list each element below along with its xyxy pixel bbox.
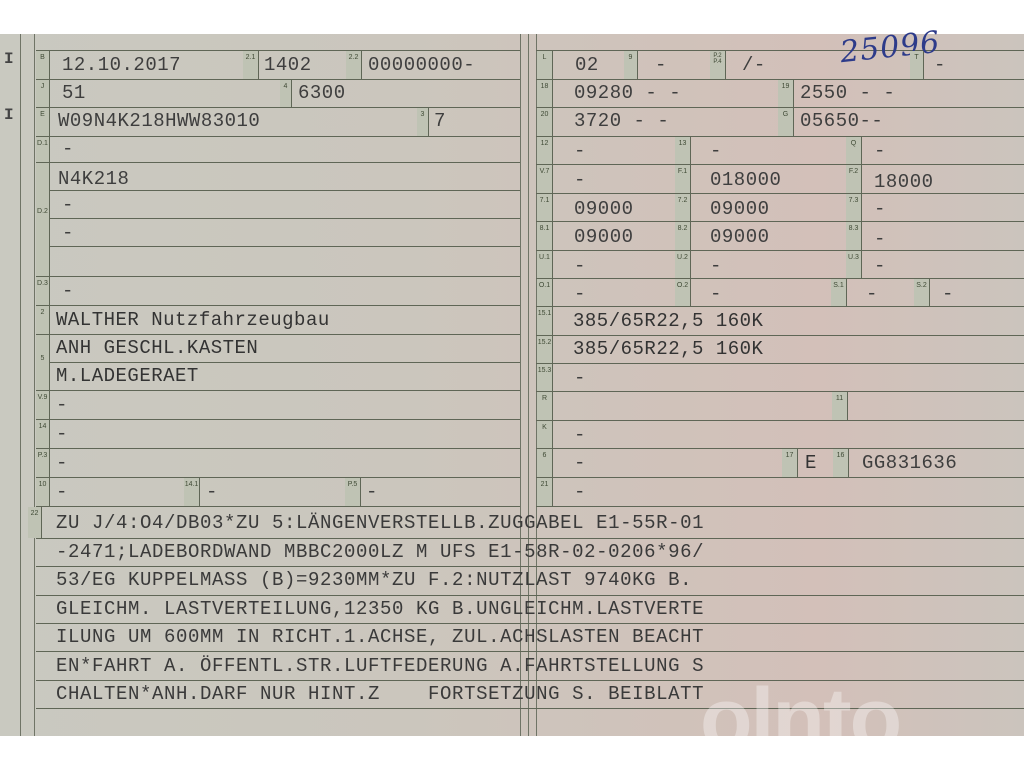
standing-places: - <box>942 283 954 305</box>
field-label-P2-P4: P.2 P.4 <box>710 51 726 79</box>
type-variant-line: - <box>62 194 74 216</box>
powered-axles: - <box>655 54 667 76</box>
empty-mass: 05650-- <box>800 110 883 132</box>
field-label-9: 9 <box>624 51 638 79</box>
vehicle-class: 51 <box>62 82 86 104</box>
field-label-12: 12 <box>537 137 553 164</box>
field-21-value: - <box>574 481 586 503</box>
remark-line: EN*FAHRT A. ÖFFENTL.STR.LUFTFEDERUNG A.F… <box>56 655 704 677</box>
axle-load-de-2: 09000 <box>710 226 770 248</box>
field-label-P5: P.5 <box>345 478 361 506</box>
field-label-V9: V.9 <box>36 391 50 419</box>
field-label-7-2: 7.2 <box>675 194 691 221</box>
field-label-15-3: 15.3 <box>537 364 553 391</box>
date-field-6: - <box>574 452 586 474</box>
remark-line: ILUNG UM 600MM IN RICHT.1.ACHSE, ZUL.ACH… <box>56 626 704 648</box>
field-label-2-2: 2.2 <box>346 51 362 79</box>
fuel-type: - <box>56 452 68 474</box>
remark-line: -2471;LADEBORDWAND MBBC2000LZ M UFS E1-5… <box>56 541 704 563</box>
axle-load-2: 09000 <box>710 198 770 220</box>
field-label-O2: O.2 <box>675 279 691 306</box>
field-label-20: 20 <box>537 108 553 136</box>
type-variant-line: - <box>62 222 74 244</box>
field-label-O1: O.1 <box>537 279 553 306</box>
body-type: 6300 <box>298 82 346 104</box>
axle-load-de-1: 09000 <box>574 226 634 248</box>
field-label-7-3: 7.3 <box>846 194 862 221</box>
field-13-value: - <box>710 140 722 162</box>
field-label-R: R <box>537 392 553 420</box>
field-label-D2: D.2 <box>36 163 50 276</box>
field-label-U2: U.2 <box>675 251 691 278</box>
tyre-axle-3: - <box>574 367 586 389</box>
field-label-4: 4 <box>280 80 292 107</box>
field-P5-value: - <box>366 481 378 503</box>
field-label-14: 14 <box>36 420 50 448</box>
margin-line <box>34 34 35 736</box>
field-label-V7: V.7 <box>537 165 553 193</box>
axle-load-1: 09000 <box>574 198 634 220</box>
field-label-13: 13 <box>675 137 691 164</box>
field-label-K: K <box>537 421 553 448</box>
field-17-value: E <box>805 452 817 474</box>
braked-trailer-load: - <box>574 283 586 305</box>
length: 09280 - - <box>574 82 681 104</box>
type-code: 00000000- <box>368 54 475 76</box>
axle-load-de-3: - <box>874 228 886 250</box>
permissible-mass-de: 18000 <box>874 171 934 193</box>
field-U1-value: - <box>574 255 586 277</box>
field-12-value: - <box>574 140 586 162</box>
max-speed: - <box>934 54 946 76</box>
field-label-2: 2 <box>36 306 50 334</box>
field-14-1-value: - <box>206 481 218 503</box>
field-V7-value: - <box>574 169 586 191</box>
type-approval-number: - <box>574 424 586 446</box>
height: 3720 - - <box>574 110 669 132</box>
field-label-17: 17 <box>782 449 798 477</box>
field-label-15-2: 15.2 <box>537 336 553 363</box>
field-U3-value: - <box>874 255 886 277</box>
manufacturer-code: 1402 <box>264 54 312 76</box>
side-mark: I <box>4 50 14 68</box>
remark-line: CHALTEN*ANH.DARF NUR HINT.Z FORTSETZUNG … <box>56 683 704 705</box>
field-label-Q: Q <box>846 137 862 164</box>
axle-load-3: - <box>874 198 886 220</box>
field-label-16: 16 <box>833 449 849 477</box>
field-label-E: E <box>36 108 50 136</box>
trade-name: - <box>62 280 74 302</box>
field-label-8-3: 8.3 <box>846 222 862 250</box>
field-label-6: 6 <box>537 449 553 477</box>
certificate-number: GG831636 <box>862 452 957 474</box>
type-variant-line: N4K218 <box>58 168 129 190</box>
field-label-5: 5 <box>36 335 50 390</box>
field-10-value: - <box>56 481 68 503</box>
field-label-14-1: 14.1 <box>184 478 200 506</box>
axle-count: 02 <box>575 54 599 76</box>
field-Q-value: - <box>874 140 886 162</box>
check-digit: 7 <box>434 110 446 132</box>
tyre-axle-1: 385/65R22,5 160K <box>573 310 763 332</box>
tyre-axle-2: 385/65R22,5 160K <box>573 338 763 360</box>
remark-line: 53/EG KUPPELMASS (B)=9230MM*ZU F.2:NUTZL… <box>56 569 692 591</box>
field-label-D1: D.1 <box>36 137 50 162</box>
field-label-S2: S.2 <box>914 279 930 306</box>
side-mark: I <box>4 106 14 124</box>
field-label-2-1: 2.1 <box>243 51 259 79</box>
field-label-8-2: 8.2 <box>675 222 691 250</box>
field-label-P3: P.3 <box>36 449 50 477</box>
margin-line <box>20 34 21 736</box>
emission-directive: - <box>56 423 68 445</box>
field-label-10: 10 <box>36 478 50 506</box>
unbraked-trailer-load: - <box>710 283 722 305</box>
field-label-22: 22 <box>28 507 42 538</box>
vehicle-type-line: ANH GESCHL.KASTEN <box>56 337 258 359</box>
field-label-D3: D.3 <box>36 277 50 305</box>
first-registration-date: 12.10.2017 <box>62 54 181 76</box>
power-rpm: /- <box>742 54 766 76</box>
field-label-L: L <box>537 51 553 79</box>
field-U2-value: - <box>710 255 722 277</box>
field-label-S1: S.1 <box>831 279 847 306</box>
remark-line: ZU J/4:O4/DB03*ZU 5:LÄNGENVERSTELLB.ZUGG… <box>56 512 704 534</box>
field-label-F1: F.1 <box>675 165 691 193</box>
emission-class: - <box>56 394 68 416</box>
manufacturer: WALTHER Nutzfahrzeugbau <box>56 309 330 331</box>
field-label-19: 19 <box>778 80 794 107</box>
field-label-8-1: 8.1 <box>537 222 553 250</box>
field-label-3: 3 <box>417 108 429 136</box>
remark-line: GLEICHM. LASTVERTEILUNG,12350 KG B.UNGLE… <box>56 598 704 620</box>
field-label-7-1: 7.1 <box>537 194 553 221</box>
vehicle-type-line: M.LADEGERAET <box>56 365 199 387</box>
max-permissible-mass: 018000 <box>710 169 781 191</box>
field-label-21: 21 <box>537 478 553 506</box>
field-label-G: G <box>778 108 794 136</box>
field-label-B: B <box>36 51 50 79</box>
field-label-15-1: 15.1 <box>537 307 553 335</box>
watermark-logo: olnto <box>700 670 900 768</box>
field-label-U3: U.3 <box>846 251 862 278</box>
make: - <box>62 138 74 160</box>
field-label-T: T <box>910 51 924 79</box>
width: 2550 - - <box>800 82 895 104</box>
field-label-U1: U.1 <box>537 251 553 278</box>
field-label-J: J <box>36 80 50 107</box>
field-label-11: 11 <box>832 392 848 420</box>
vin: W09N4K218HWW83010 <box>58 110 260 132</box>
seats: - <box>866 283 878 305</box>
field-label-F2: F.2 <box>846 165 862 193</box>
field-label-18: 18 <box>537 80 553 107</box>
